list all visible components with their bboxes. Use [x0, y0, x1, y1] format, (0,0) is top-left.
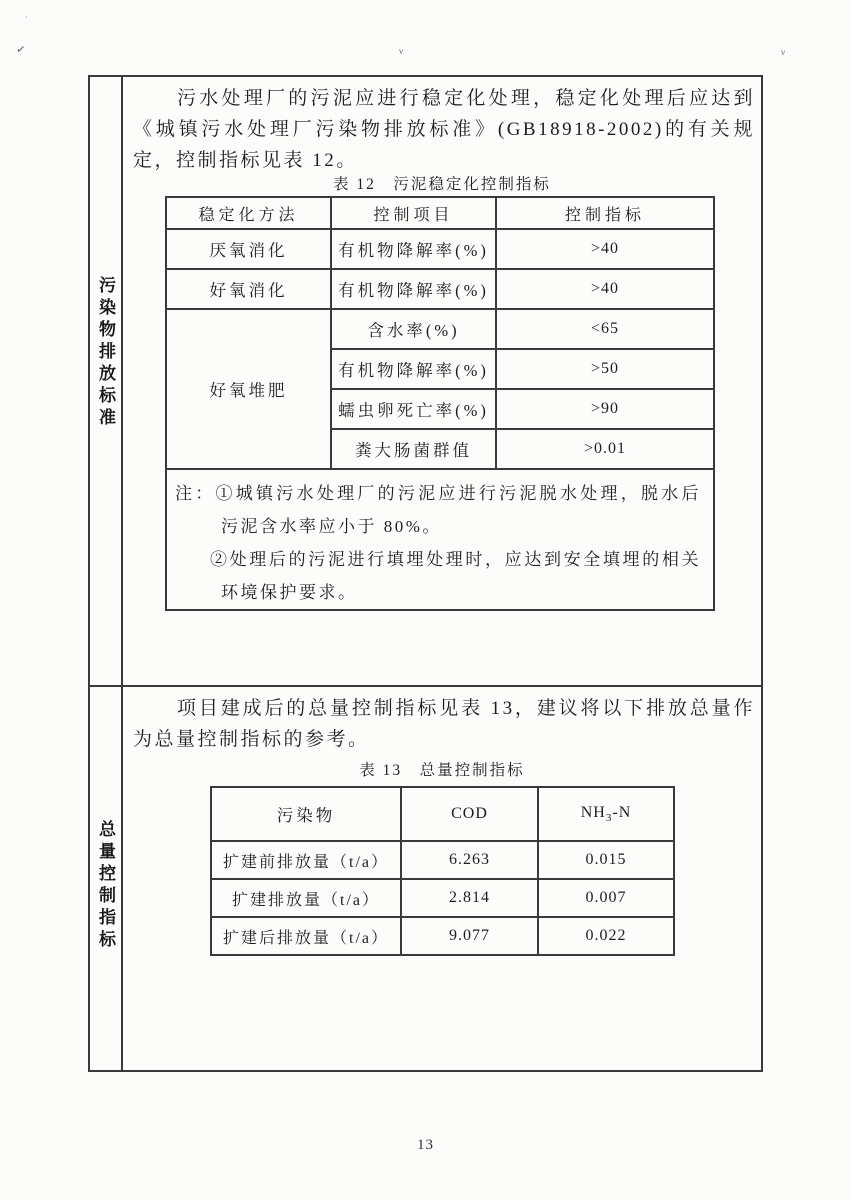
table13-header-cod: COD — [401, 787, 538, 841]
table12-note-row: 注：①城镇污水处理厂的污泥应进行污泥脱水处理，脱水后污泥含水率应小于 80%。 … — [166, 469, 714, 610]
cell-value: >40 — [496, 269, 714, 309]
note-line-2: ②处理后的污泥进行填埋处理时，应达到安全填埋的相关环境保护要求。 — [175, 543, 701, 609]
table-row: 好氧堆肥 含水率(%) <65 — [166, 309, 714, 349]
table-row: 扩建后排放量（t/a） 9.077 0.022 — [211, 917, 674, 955]
cell-item: 有机物降解率(%) — [331, 349, 496, 389]
scan-artifact-tick: ν — [399, 47, 403, 56]
cell-method-composting: 好氧堆肥 — [166, 309, 331, 469]
section1-paragraph: 污水处理厂的污泥应进行稳定化处理，稳定化处理后应达到《城镇污水处理厂污染物排放标… — [133, 83, 755, 176]
cell-value: >40 — [496, 229, 714, 269]
table12-header-indicator: 控制指标 — [496, 197, 714, 229]
cell-nh3n-value: 0.022 — [538, 917, 674, 955]
cell-cod-value: 9.077 — [401, 917, 538, 955]
cell-value: >50 — [496, 349, 714, 389]
section-pollutant-discharge-standards: 污染物排放标准 污水处理厂的污泥应进行稳定化处理，稳定化处理后应达到《城镇污水处… — [90, 77, 761, 685]
scan-artifact-check: ✓ — [15, 44, 26, 56]
cell-item: 有机物降解率(%) — [331, 229, 496, 269]
cell-nh3n-value: 0.015 — [538, 841, 674, 879]
page-number: 13 — [0, 1137, 851, 1154]
table-row: 扩建排放量（t/a） 2.814 0.007 — [211, 879, 674, 917]
section1-content: 污水处理厂的污泥应进行稳定化处理，稳定化处理后应达到《城镇污水处理厂污染物排放标… — [123, 77, 761, 685]
section1-label: 污染物排放标准 — [93, 276, 118, 430]
nh3n-prefix: NH — [581, 804, 606, 821]
section-total-amount-control: 总量控制指标 项目建成后的总量控制指标见表 13，建议将以下排放总量作为总量控制… — [90, 685, 761, 1070]
cell-value: >0.01 — [496, 429, 714, 469]
section2-label: 总量控制指标 — [93, 820, 118, 952]
cell-cod-value: 6.263 — [401, 841, 538, 879]
section2-header-cell: 总量控制指标 — [90, 687, 123, 1070]
document-page: · ✓ ν ν 污染物排放标准 污水处理厂的污泥应进行稳定化处理，稳定化处理后应… — [0, 0, 851, 1200]
document-frame: 污染物排放标准 污水处理厂的污泥应进行稳定化处理，稳定化处理后应达到《城镇污水处… — [88, 75, 763, 1072]
cell-label: 扩建排放量（t/a） — [211, 879, 401, 917]
table-row: 扩建前排放量（t/a） 6.263 0.015 — [211, 841, 674, 879]
table-row: 好氧消化 有机物降解率(%) >40 — [166, 269, 714, 309]
cell-item: 含水率(%) — [331, 309, 496, 349]
table-12-sludge-stabilization: 稳定化方法 控制项目 控制指标 厌氧消化 有机物降解率(%) >40 好氧消化 … — [165, 196, 715, 611]
cell-label: 扩建前排放量（t/a） — [211, 841, 401, 879]
nh3n-suffix: -N — [612, 804, 631, 821]
section2-paragraph: 项目建成后的总量控制指标见表 13，建议将以下排放总量作为总量控制指标的参考。 — [133, 693, 755, 755]
cell-item: 粪大肠菌群值 — [331, 429, 496, 469]
cell-value: >90 — [496, 389, 714, 429]
table-13-total-control: 污染物 COD NH3-N 扩建前排放量（t/a） 6.263 0.015 扩建… — [210, 786, 675, 956]
table-row: 厌氧消化 有机物降解率(%) >40 — [166, 229, 714, 269]
cell-method: 厌氧消化 — [166, 229, 331, 269]
table13-header-row: 污染物 COD NH3-N — [211, 787, 674, 841]
section1-header-cell: 污染物排放标准 — [90, 77, 123, 685]
section2-content: 项目建成后的总量控制指标见表 13，建议将以下排放总量作为总量控制指标的参考。 … — [123, 687, 761, 1070]
table12-header-method: 稳定化方法 — [166, 197, 331, 229]
note-line-1: 注：①城镇污水处理厂的污泥应进行污泥脱水处理，脱水后污泥含水率应小于 80%。 — [175, 477, 701, 543]
scan-artifact-tick: ν — [781, 48, 785, 57]
cell-method: 好氧消化 — [166, 269, 331, 309]
table12-caption: 表 12 污泥稳定化控制指标 — [123, 176, 761, 194]
cell-item: 有机物降解率(%) — [331, 269, 496, 309]
table13-header-pollutant: 污染物 — [211, 787, 401, 841]
cell-nh3n-value: 0.007 — [538, 879, 674, 917]
cell-cod-value: 2.814 — [401, 879, 538, 917]
cell-item: 蠕虫卵死亡率(%) — [331, 389, 496, 429]
table12-note-cell: 注：①城镇污水处理厂的污泥应进行污泥脱水处理，脱水后污泥含水率应小于 80%。 … — [166, 469, 714, 610]
table13-caption: 表 13 总量控制指标 — [123, 762, 761, 780]
cell-label: 扩建后排放量（t/a） — [211, 917, 401, 955]
table13-header-nh3n: NH3-N — [538, 787, 674, 841]
table12-header-row: 稳定化方法 控制项目 控制指标 — [166, 197, 714, 229]
table12-header-item: 控制项目 — [331, 197, 496, 229]
scan-artifact-dot: · — [25, 13, 28, 22]
cell-value: <65 — [496, 309, 714, 349]
